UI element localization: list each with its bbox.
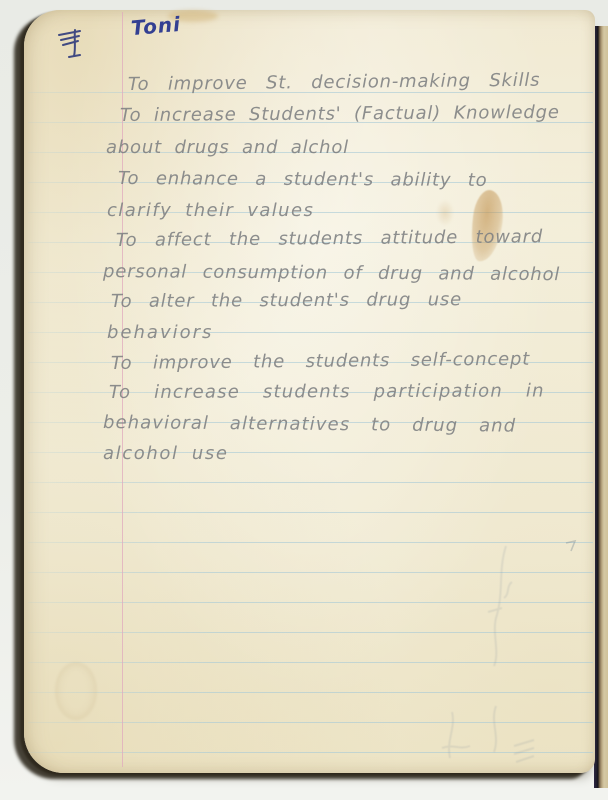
handwritten-line: alcohol use <box>103 439 229 469</box>
handwritten-line: clarify their values <box>107 196 314 226</box>
ink-scribble <box>56 26 86 66</box>
handwritten-line: To increase students participation in <box>109 376 545 408</box>
stacked-page-edges <box>594 26 608 788</box>
handwritten-line: about drugs and alchol <box>106 133 349 163</box>
handwritten-line: To alter the student's drug use <box>111 285 462 317</box>
pencil-tick <box>564 538 578 557</box>
scanned-notebook-image: Toni To improve St. decision-making Skil… <box>0 0 608 800</box>
handwritten-line: To improve the students self-concept <box>111 345 530 379</box>
showthrough-mark <box>476 542 522 670</box>
stain <box>55 662 97 720</box>
handwritten-line: behaviors <box>107 318 213 348</box>
handwritten-line: behavioral alternatives to drug and <box>103 408 516 442</box>
handwritten-line: To improve St. decision-making Skills <box>128 66 541 100</box>
handwritten-line: To increase Students' (Factual) Knowledg… <box>120 98 560 131</box>
handwritten-line: To enhance a student's ability to <box>118 164 488 196</box>
notebook-page: Toni To improve St. decision-making Skil… <box>24 10 595 773</box>
name-annotation: Toni <box>130 12 182 40</box>
showthrough-mark <box>436 688 546 772</box>
handwritten-line: To affect the students attitude toward <box>116 222 543 256</box>
